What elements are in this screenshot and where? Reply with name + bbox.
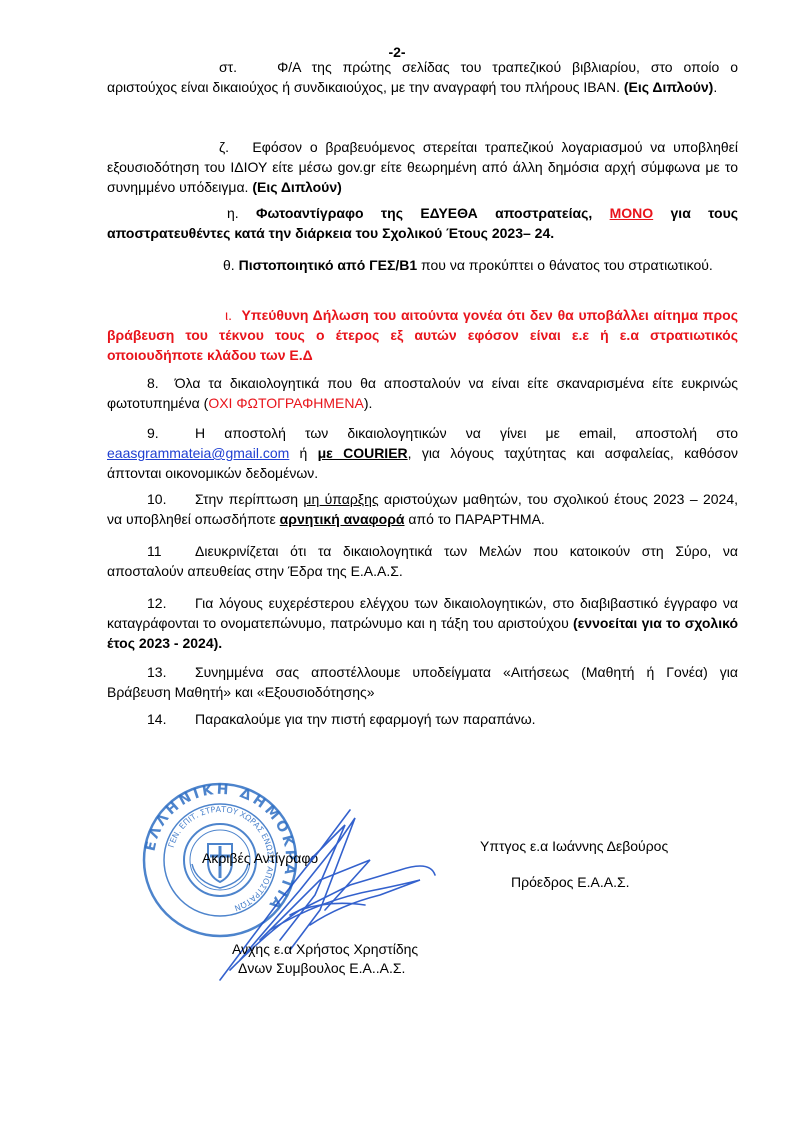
paragraph-iota: ι. Υπεύθυνη Δήλωση του αιτούντα γονέα ότ… bbox=[107, 305, 738, 365]
paragraph-text: Παρακαλούμε για την πιστή εφαρμογή των π… bbox=[195, 711, 536, 727]
paragraph-14: 14.Παρακαλούμε για την πιστή εφαρμογή τω… bbox=[107, 709, 738, 729]
email-link[interactable]: eaasgrammateia@gmail.com bbox=[107, 445, 289, 461]
item-number: 9. bbox=[147, 423, 195, 443]
paragraph-i: η. Φωτοαντίγραφο της ΕΔΥΕΘΑ αποστρατείας… bbox=[107, 203, 738, 243]
paragraph-text: Συνημμένα σας αποστέλλουμε υποδείγματα «… bbox=[107, 664, 738, 700]
paragraph-text: ή bbox=[289, 445, 317, 461]
item-number: 14. bbox=[147, 709, 195, 729]
punct: ). bbox=[364, 395, 373, 411]
item-label: ι. bbox=[225, 307, 232, 323]
item-label: ζ. bbox=[219, 139, 229, 155]
no-photos-note: ΟΧΙ ΦΩΤΟΓΡΑΦΗΜΕΝΑ bbox=[208, 395, 364, 411]
signatory-name: Υπτγος ε.α Ιωάννης Δεβούρος bbox=[480, 836, 668, 856]
paragraph-9: 9.Η αποστολή των δικαιολογητικών να γίνε… bbox=[107, 423, 738, 483]
paragraph-text: που να προκύπτει ο θάνατος του στρατιωτι… bbox=[417, 257, 713, 273]
courier-note: με COURIER bbox=[318, 445, 408, 461]
paragraph-text: Στην περίπτωση bbox=[195, 491, 303, 507]
paragraph-10: 10.Στην περίπτωση μη ύπαρξης αριστούχων … bbox=[107, 489, 738, 529]
item-label: η. bbox=[227, 205, 239, 221]
certifier-name: Ανχης ε.α Χρήστος Χρηστίδης bbox=[232, 940, 418, 958]
signatory-title: Πρόεδρος Ε.Α.Α.Σ. bbox=[511, 872, 630, 892]
paragraph-th: θ. Πιστοποιητικό από ΓΕΣ/Β1 που να προκύ… bbox=[107, 255, 738, 275]
paragraph-text: Όλα τα δικαιολογητικά που θα αποσταλούν … bbox=[107, 375, 738, 411]
item-number: 13. bbox=[147, 662, 195, 682]
copies-note: (Εις Διπλούν) bbox=[624, 79, 713, 95]
certifier-title: Δνων Συμβουλος Ε.Α..Α.Σ. bbox=[238, 959, 405, 977]
paragraph-text: Φωτοαντίγραφο της ΕΔΥΕΘΑ αποστρατείας, bbox=[256, 205, 610, 221]
paragraph-11: 11Διευκρινίζεται ότι τα δικαιολογητικά τ… bbox=[107, 541, 738, 581]
paragraph-text: Εφόσον ο βραβευόμενος στερείται τραπεζικ… bbox=[107, 139, 738, 195]
negative-report-emphasis: αρνητική αναφορά bbox=[280, 511, 405, 527]
paragraph-st: στ.Φ/Α της πρώτης σελίδας του τραπεζικού… bbox=[107, 57, 738, 97]
paragraph-text: Η αποστολή των δικαιολογητικών να γίνει … bbox=[195, 425, 738, 441]
punct: . bbox=[713, 79, 717, 95]
item-label: θ. bbox=[223, 257, 235, 273]
absence-emphasis: μη ύπαρξης bbox=[303, 491, 378, 507]
only-emphasis: ΜΟΝΟ bbox=[610, 205, 654, 221]
copies-note: (Εις Διπλούν) bbox=[252, 179, 341, 195]
punct: . bbox=[218, 635, 222, 651]
item-label: στ. bbox=[219, 59, 237, 75]
paragraph-z: ζ. Εφόσον ο βραβευόμενος στερείται τραπε… bbox=[107, 137, 738, 197]
item-number: 11 bbox=[147, 541, 195, 561]
paragraph-12: 12.Για λόγους ευχερέστερου ελέγχου των δ… bbox=[107, 593, 738, 653]
paragraph-8: 8. Όλα τα δικαιολογητικά που θα αποσταλο… bbox=[107, 373, 738, 413]
certificate-name: Πιστοποιητικό από ΓΕΣ/Β1 bbox=[239, 257, 418, 273]
paragraph-13: 13.Συνημμένα σας αποστέλλουμε υποδείγματ… bbox=[107, 662, 738, 702]
paragraph-text: από το ΠΑΡΑΡΤΗΜΑ. bbox=[405, 511, 545, 527]
item-number: 10. bbox=[147, 489, 195, 509]
paragraph-text: Υπεύθυνη Δήλωση του αιτούντα γονέα ότι δ… bbox=[107, 307, 738, 363]
item-number: 8. bbox=[147, 375, 159, 391]
paragraph-text: Διευκρινίζεται ότι τα δικαιολογητικά των… bbox=[107, 543, 738, 579]
item-number: 12. bbox=[147, 593, 195, 613]
